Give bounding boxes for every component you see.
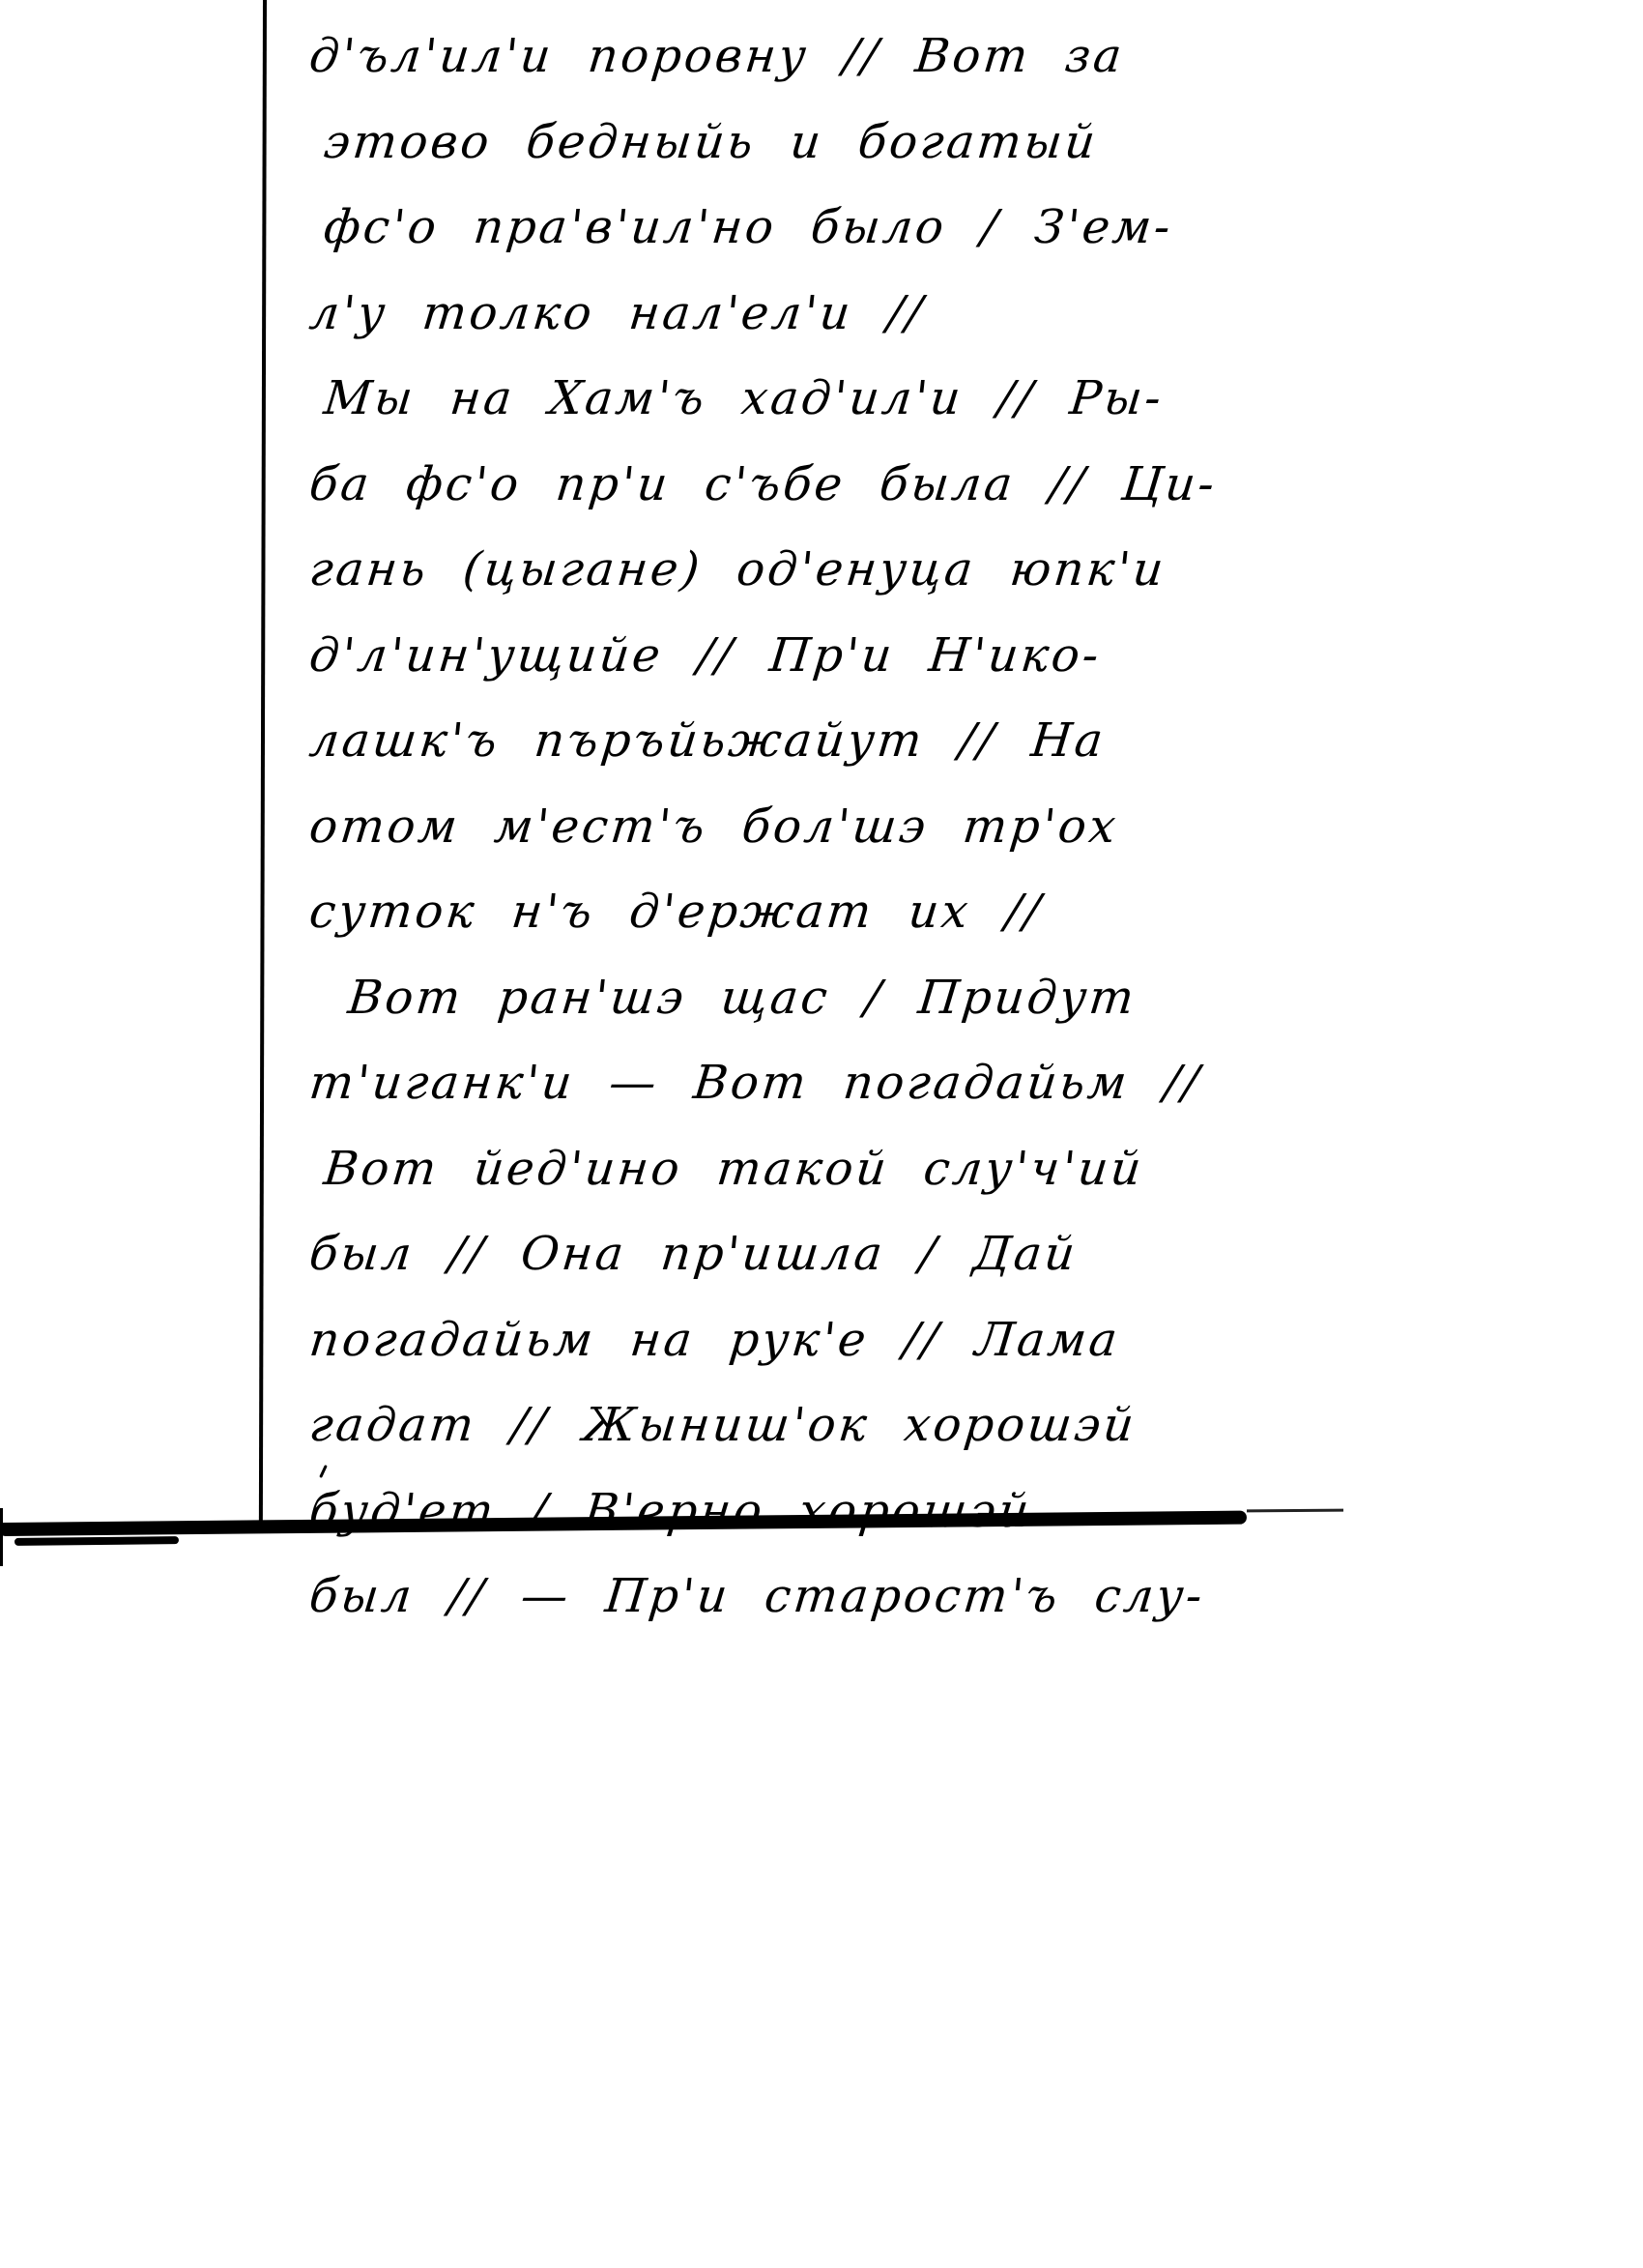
text-line: гадат // Жыниш'ок хорошэй — [304, 1386, 1328, 1472]
text-line: д'ъл'ил'и поровну // Вот за — [304, 17, 1328, 103]
text-line: гань (цыгане) од'енуца юпк'и — [304, 531, 1328, 617]
manuscript-page: д'ъл'ил'и поровну // Вот за этово бедный… — [0, 0, 1643, 2268]
text-line: л'у толко нал'ел'и // — [304, 275, 1328, 361]
text-line: суток н'ъ д'ержат их // — [304, 873, 1328, 959]
paper-left-edge — [0, 1508, 3, 1566]
text-line: Вот йед'ино такой слу'ч'ий — [304, 1130, 1328, 1216]
text-line: был // Она пр'ишла / Дай — [304, 1215, 1328, 1301]
text-line: этово бедныйь и богатый — [304, 103, 1328, 189]
margin-rule — [259, 0, 267, 1532]
text-line: лашк'ъ пъръйьжайут // На — [304, 702, 1328, 788]
paper-bottom-edge-tail — [1247, 1509, 1343, 1513]
text-line: ба фс'о пр'и с'ъбе была // Ци- — [304, 446, 1328, 532]
handwritten-text-block: д'ъл'ил'и поровну // Вот за этово бедный… — [309, 17, 1324, 1643]
text-line: отом м'ест'ъ бол'шэ тр'ох — [304, 788, 1328, 874]
text-line: был // — Пр'и старост'ъ слу- — [304, 1557, 1328, 1643]
text-line: д'л'ин'ущийе // Пр'и Н'ико- — [304, 617, 1328, 703]
text-line: Вот ран'шэ щас / Придут — [304, 959, 1328, 1045]
text-line: Мы на Хам'ъ хад'ил'и // Ры- — [304, 360, 1328, 446]
text-line: фс'о пра'в'ил'но было / З'ем- — [304, 189, 1328, 275]
paper-bottom-edge-shadow — [14, 1536, 179, 1546]
text-line: погадайьм на рук'е // Лама — [304, 1301, 1328, 1387]
text-line: т'иганк'и — Вот погадайьм // — [304, 1044, 1328, 1130]
